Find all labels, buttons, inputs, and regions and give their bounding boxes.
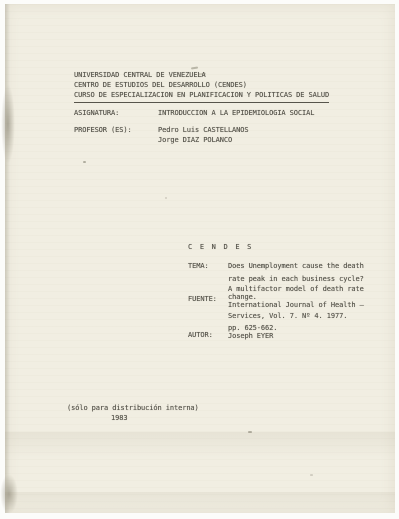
professors-label: PROFESOR (ES): — [74, 126, 132, 135]
scan-speck — [248, 431, 252, 433]
autor-label: AUTOR: — [188, 331, 213, 340]
center-name: CENTRO DE ESTUDIOS DEL DESARROLLO (CENDE… — [74, 81, 247, 90]
university-name: UNIVERSIDAD CENTRAL DE VENEZUELA — [74, 71, 206, 80]
subject-label: ASIGNATURA: — [74, 109, 119, 118]
tema-line: rate peak in each business cycle? — [228, 275, 364, 284]
scan-edge-shadow — [5, 4, 10, 513]
scan-streak — [5, 492, 395, 512]
fuente-label: FUENTE: — [188, 295, 217, 304]
tema-line: Does Unemployment cause the death — [228, 262, 364, 271]
autor-value: Joseph EYER — [228, 332, 273, 341]
scan-streak — [5, 432, 395, 458]
professor-name: Pedro Luis CASTELLANOS — [158, 126, 249, 135]
course-title: CURSO DE ESPECIALIZACION EN PLANIFICACIO… — [74, 91, 329, 103]
professor-name: Jorge DIAZ POLANCO — [158, 136, 232, 145]
distribution-note: (sólo para distribución interna) — [67, 404, 199, 413]
scanned-document: UNIVERSIDAD CENTRAL DE VENEZUELA CENTRO … — [0, 0, 399, 519]
year: 1983 — [111, 414, 127, 423]
tema-label: TEMA: — [188, 262, 209, 271]
cendes-heading: C E N D E S — [188, 243, 253, 252]
scan-mark — [191, 67, 198, 69]
subject-value: INTRODUCCION A LA EPIDEMIOLOGIA SOCIAL — [158, 109, 314, 118]
fuente-line: Services, Vol. 7. Nº 4. 1977. — [228, 312, 347, 321]
scan-speck — [83, 161, 86, 163]
scan-smudge — [1, 84, 15, 164]
scan-speck — [310, 474, 313, 476]
scan-smudge — [0, 474, 18, 514]
fuente-line: International Journal of Health — — [228, 301, 364, 310]
scan-speck — [165, 197, 167, 199]
paper-sheet: UNIVERSIDAD CENTRAL DE VENEZUELA CENTRO … — [5, 4, 395, 513]
